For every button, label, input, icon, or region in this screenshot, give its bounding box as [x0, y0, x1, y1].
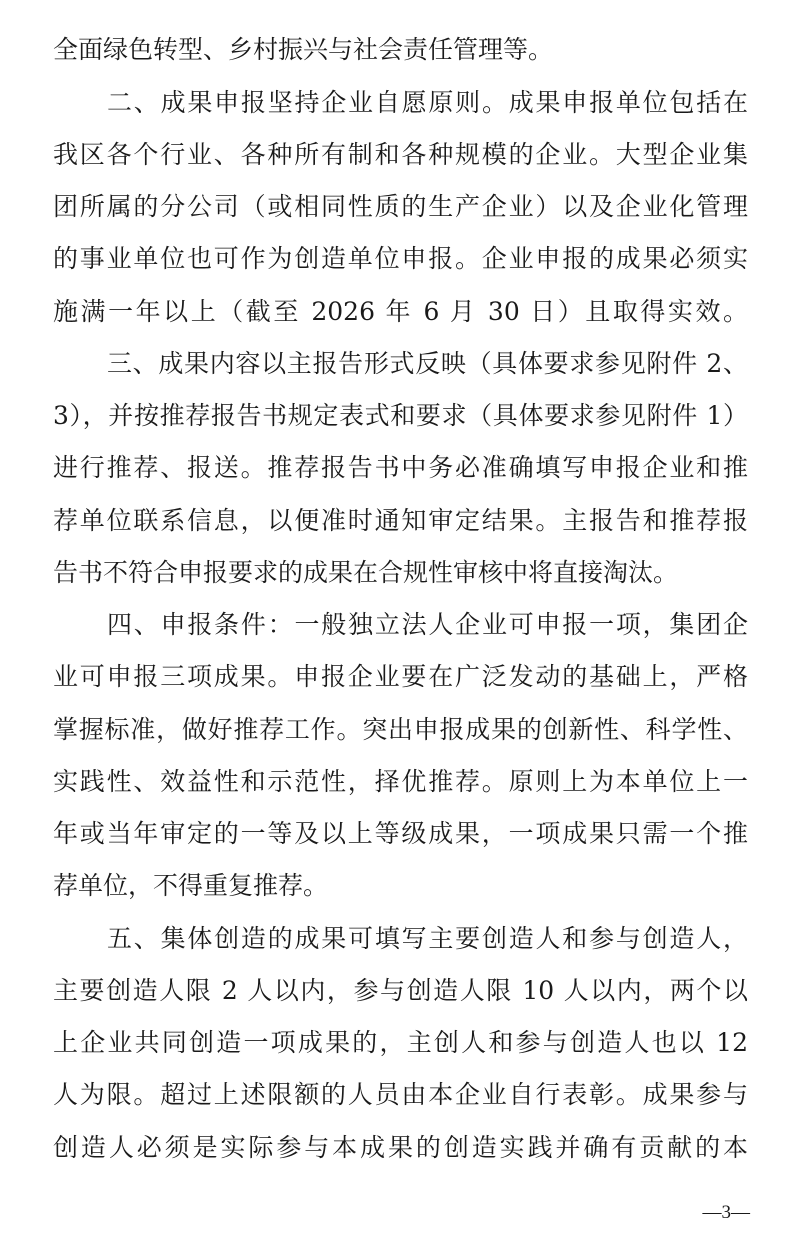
- text-line: 业可申报三项成果。申报企业要在广泛发动的基础上，严格: [53, 662, 748, 692]
- page-number: —3—: [680, 1200, 750, 1226]
- text-line: 荐单位，不得重复推荐。: [53, 871, 748, 901]
- text-line: 全面绿色转型、乡村振兴与社会责任管理等。: [53, 35, 748, 65]
- text-line: 施满一年以上（截至 2026 年 6 月 30 日）且取得实效。: [53, 297, 748, 327]
- text-line: 年或当年审定的一等及以上等级成果，一项成果只需一个推: [53, 819, 748, 849]
- text-line: 掌握标准，做好推荐工作。突出申报成果的创新性、科学性、: [53, 715, 748, 745]
- text-line: 上企业共同创造一项成果的，主创人和参与创造人也以 12: [53, 1028, 748, 1058]
- paragraph-5-start: 五、集体创造的成果可填写主要创造人和参与创造人，: [107, 924, 748, 954]
- text-line: 荐单位联系信息，以便准时通知审定结果。主报告和推荐报: [53, 506, 748, 536]
- text-line: 我区各个行业、各种所有制和各种规模的企业。大型企业集: [53, 140, 748, 170]
- paragraph-4-start: 四、申报条件：一般独立法人企业可申报一项，集团企: [107, 610, 748, 640]
- text-line: 的事业单位也可作为创造单位申报。企业申报的成果必须实: [53, 244, 748, 274]
- text-line: 创造人必须是实际参与本成果的创造实践并确有贡献的本: [53, 1133, 748, 1163]
- text-line: 实践性、效益性和示范性，择优推荐。原则上为本单位上一: [53, 767, 748, 797]
- document-page: 全面绿色转型、乡村振兴与社会责任管理等。 二、成果申报坚持企业自愿原则。成果申报…: [0, 0, 800, 1259]
- paragraph-2-start: 二、成果申报坚持企业自愿原则。成果申报单位包括在: [107, 88, 748, 118]
- text-line: 主要创造人限 2 人以内，参与创造人限 10 人以内，两个以: [53, 976, 748, 1006]
- text-line: 进行推荐、报送。推荐报告书中务必准确填写申报企业和推: [53, 453, 748, 483]
- text-line: 团所属的分公司（或相同性质的生产企业）以及企业化管理: [53, 192, 748, 222]
- text-line: 告书不符合申报要求的成果在合规性审核中将直接淘汰。: [53, 558, 748, 588]
- paragraph-3-start: 三、成果内容以主报告形式反映（具体要求参见附件 2、: [107, 349, 748, 379]
- text-line: 人为限。超过上述限额的人员由本企业自行表彰。成果参与: [53, 1080, 748, 1110]
- text-line: 3），并按推荐报告书规定表式和要求（具体要求参见附件 1）: [53, 401, 748, 431]
